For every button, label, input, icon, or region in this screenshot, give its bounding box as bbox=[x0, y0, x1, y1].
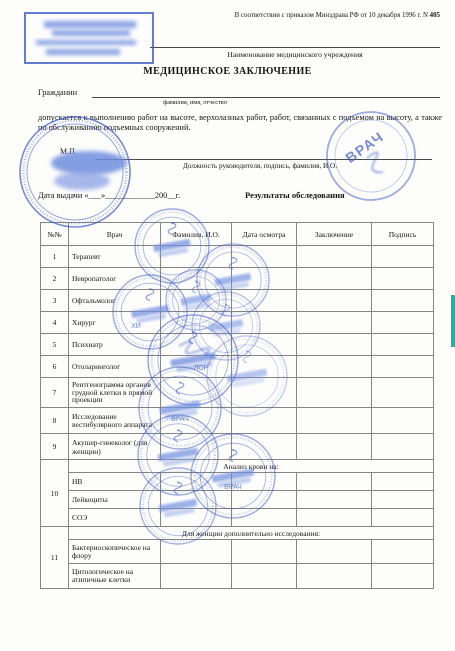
institution-name-line bbox=[150, 47, 440, 48]
col-header-name: Фамилия, И.О. bbox=[161, 223, 232, 246]
doctor-name: Акушер-гинеколог (для женщин) bbox=[69, 434, 161, 460]
empty-cell bbox=[161, 540, 232, 564]
empty-cell bbox=[232, 334, 297, 356]
col-header-number: №№ bbox=[41, 223, 69, 246]
empty-cell bbox=[297, 246, 372, 268]
examination-results-table: №№ Врач Фамилия, И.О. Дата осмотра Заклю… bbox=[40, 222, 434, 589]
doctor-name: Отоларинголог bbox=[69, 356, 161, 378]
empty-cell bbox=[372, 408, 434, 434]
doctor-name: Невропатолог bbox=[69, 268, 161, 290]
empty-cell bbox=[232, 378, 297, 408]
row-number: 11 bbox=[41, 527, 69, 589]
empty-cell bbox=[232, 356, 297, 378]
empty-cell bbox=[372, 246, 434, 268]
svg-text:ВРАЧ: ВРАЧ bbox=[342, 128, 386, 166]
citizen-label: Гражданин bbox=[38, 88, 77, 97]
row-number: 3 bbox=[41, 290, 69, 312]
citizen-name-line bbox=[92, 97, 440, 98]
table-row: Бактериоскопическое на флору bbox=[41, 540, 434, 564]
table-row: 3 Офтальмолог bbox=[41, 290, 434, 312]
empty-cell bbox=[297, 509, 372, 527]
empty-cell bbox=[297, 408, 372, 434]
admission-statement: допускается к выполнению работ на высоте… bbox=[38, 113, 442, 133]
empty-cell bbox=[161, 564, 232, 589]
empty-cell bbox=[297, 356, 372, 378]
table-row: 1 Терапевт bbox=[41, 246, 434, 268]
empty-cell bbox=[161, 356, 232, 378]
blood-test-header: Анализ крови на: bbox=[69, 460, 434, 473]
empty-cell bbox=[372, 334, 434, 356]
empty-cell bbox=[232, 509, 297, 527]
order-ref-number: 405 bbox=[430, 12, 440, 19]
row-number: 2 bbox=[41, 268, 69, 290]
row-number: 9 bbox=[41, 434, 69, 460]
row-number: 5 bbox=[41, 334, 69, 356]
empty-cell bbox=[297, 312, 372, 334]
results-section-title: Результаты обследования bbox=[245, 190, 345, 200]
row-number: 1 bbox=[41, 246, 69, 268]
table-row: 9 Акушер-гинеколог (для женщин) bbox=[41, 434, 434, 460]
table-row: Цитологическое на атипичные клетки bbox=[41, 564, 434, 589]
table-row: СОЭ bbox=[41, 509, 434, 527]
empty-cell bbox=[297, 473, 372, 491]
empty-cell bbox=[372, 491, 434, 509]
women-test-item: Цитологическое на атипичные клетки bbox=[69, 564, 161, 589]
women-tests-header-row: 11 Для женщин дополнительно исследования… bbox=[41, 527, 434, 540]
empty-cell bbox=[232, 246, 297, 268]
institution-name-label: Наименование медицинского учреждения bbox=[150, 50, 440, 59]
empty-cell bbox=[232, 268, 297, 290]
empty-cell bbox=[161, 312, 232, 334]
empty-cell bbox=[372, 473, 434, 491]
blood-test-header-row: 10 Анализ крови на: bbox=[41, 460, 434, 473]
signature-sublabel: Должность руководителя, подпись, фамилия… bbox=[95, 162, 425, 170]
empty-cell bbox=[372, 312, 434, 334]
empty-cell bbox=[372, 564, 434, 589]
row-number: 4 bbox=[41, 312, 69, 334]
empty-cell bbox=[297, 434, 372, 460]
empty-cell bbox=[297, 334, 372, 356]
empty-cell bbox=[232, 434, 297, 460]
table-row: Лейкоциты bbox=[41, 491, 434, 509]
table-row: 2 Невропатолог bbox=[41, 268, 434, 290]
empty-cell bbox=[161, 491, 232, 509]
empty-cell bbox=[372, 540, 434, 564]
issue-date-label: Дата выдачи «___»____________200__г. bbox=[38, 191, 180, 200]
table-row: 4 Хирург bbox=[41, 312, 434, 334]
empty-cell bbox=[161, 473, 232, 491]
empty-cell bbox=[297, 378, 372, 408]
empty-cell bbox=[161, 509, 232, 527]
empty-cell bbox=[372, 290, 434, 312]
blood-test-item: Лейкоциты bbox=[69, 491, 161, 509]
empty-cell bbox=[372, 268, 434, 290]
empty-cell bbox=[297, 290, 372, 312]
table-row: 5 Психиатр bbox=[41, 334, 434, 356]
empty-cell bbox=[372, 509, 434, 527]
doctor-name: Рентгенограмма органов грудной клетки в … bbox=[69, 378, 161, 408]
table-row: НВ bbox=[41, 473, 434, 491]
doctor-name: Исследование вестибулярного аппарата bbox=[69, 408, 161, 434]
doctor-name: Терапевт bbox=[69, 246, 161, 268]
citizen-name-sublabel: фамилия, имя, отчество bbox=[95, 99, 295, 106]
empty-cell bbox=[372, 356, 434, 378]
empty-cell bbox=[232, 408, 297, 434]
doctor-name: Офтальмолог bbox=[69, 290, 161, 312]
empty-cell bbox=[372, 434, 434, 460]
empty-cell bbox=[297, 564, 372, 589]
ministry-order-reference: В соответствии с приказом Минздрава РФ о… bbox=[235, 12, 440, 19]
blood-test-item: НВ bbox=[69, 473, 161, 491]
empty-cell bbox=[232, 564, 297, 589]
empty-cell bbox=[161, 434, 232, 460]
empty-cell bbox=[161, 268, 232, 290]
empty-cell bbox=[232, 473, 297, 491]
empty-cell bbox=[297, 268, 372, 290]
table-header-row: №№ Врач Фамилия, И.О. Дата осмотра Заклю… bbox=[41, 223, 434, 246]
blood-test-item: СОЭ bbox=[69, 509, 161, 527]
page-title: МЕДИЦИНСКОЕ ЗАКЛЮЧЕНИЕ bbox=[0, 66, 455, 77]
col-header-signature: Подпись bbox=[372, 223, 434, 246]
col-header-doctor: Врач bbox=[69, 223, 161, 246]
empty-cell bbox=[161, 408, 232, 434]
row-number: 10 bbox=[41, 460, 69, 527]
empty-cell bbox=[161, 290, 232, 312]
women-test-item: Бактериоскопическое на флору bbox=[69, 540, 161, 564]
empty-cell bbox=[161, 378, 232, 408]
empty-cell bbox=[161, 334, 232, 356]
empty-cell bbox=[232, 491, 297, 509]
col-header-conclusion: Заключение bbox=[297, 223, 372, 246]
signature-line bbox=[95, 159, 432, 160]
medical-certificate-page: В соответствии с приказом Минздрава РФ о… bbox=[0, 0, 455, 651]
scan-artifact-bar bbox=[451, 295, 455, 347]
doctor-name: Психиатр bbox=[69, 334, 161, 356]
order-ref-text: В соответствии с приказом Минздрава РФ о… bbox=[235, 12, 430, 19]
table-row: 6 Отоларинголог bbox=[41, 356, 434, 378]
women-tests-header: Для женщин дополнительно исследования: bbox=[69, 527, 434, 540]
empty-cell bbox=[161, 246, 232, 268]
empty-cell bbox=[232, 290, 297, 312]
row-number: 8 bbox=[41, 408, 69, 434]
empty-cell bbox=[297, 540, 372, 564]
empty-cell bbox=[372, 378, 434, 408]
seal-placeholder-label: М.П. bbox=[60, 147, 77, 156]
row-number: 6 bbox=[41, 356, 69, 378]
doctor-name: Хирург bbox=[69, 312, 161, 334]
table-row: 7 Рентгенограмма органов грудной клетки … bbox=[41, 378, 434, 408]
row-number: 7 bbox=[41, 378, 69, 408]
col-header-exam-date: Дата осмотра bbox=[232, 223, 297, 246]
empty-cell bbox=[232, 540, 297, 564]
empty-cell bbox=[232, 312, 297, 334]
empty-cell bbox=[297, 491, 372, 509]
table-row: 8 Исследование вестибулярного аппарата bbox=[41, 408, 434, 434]
